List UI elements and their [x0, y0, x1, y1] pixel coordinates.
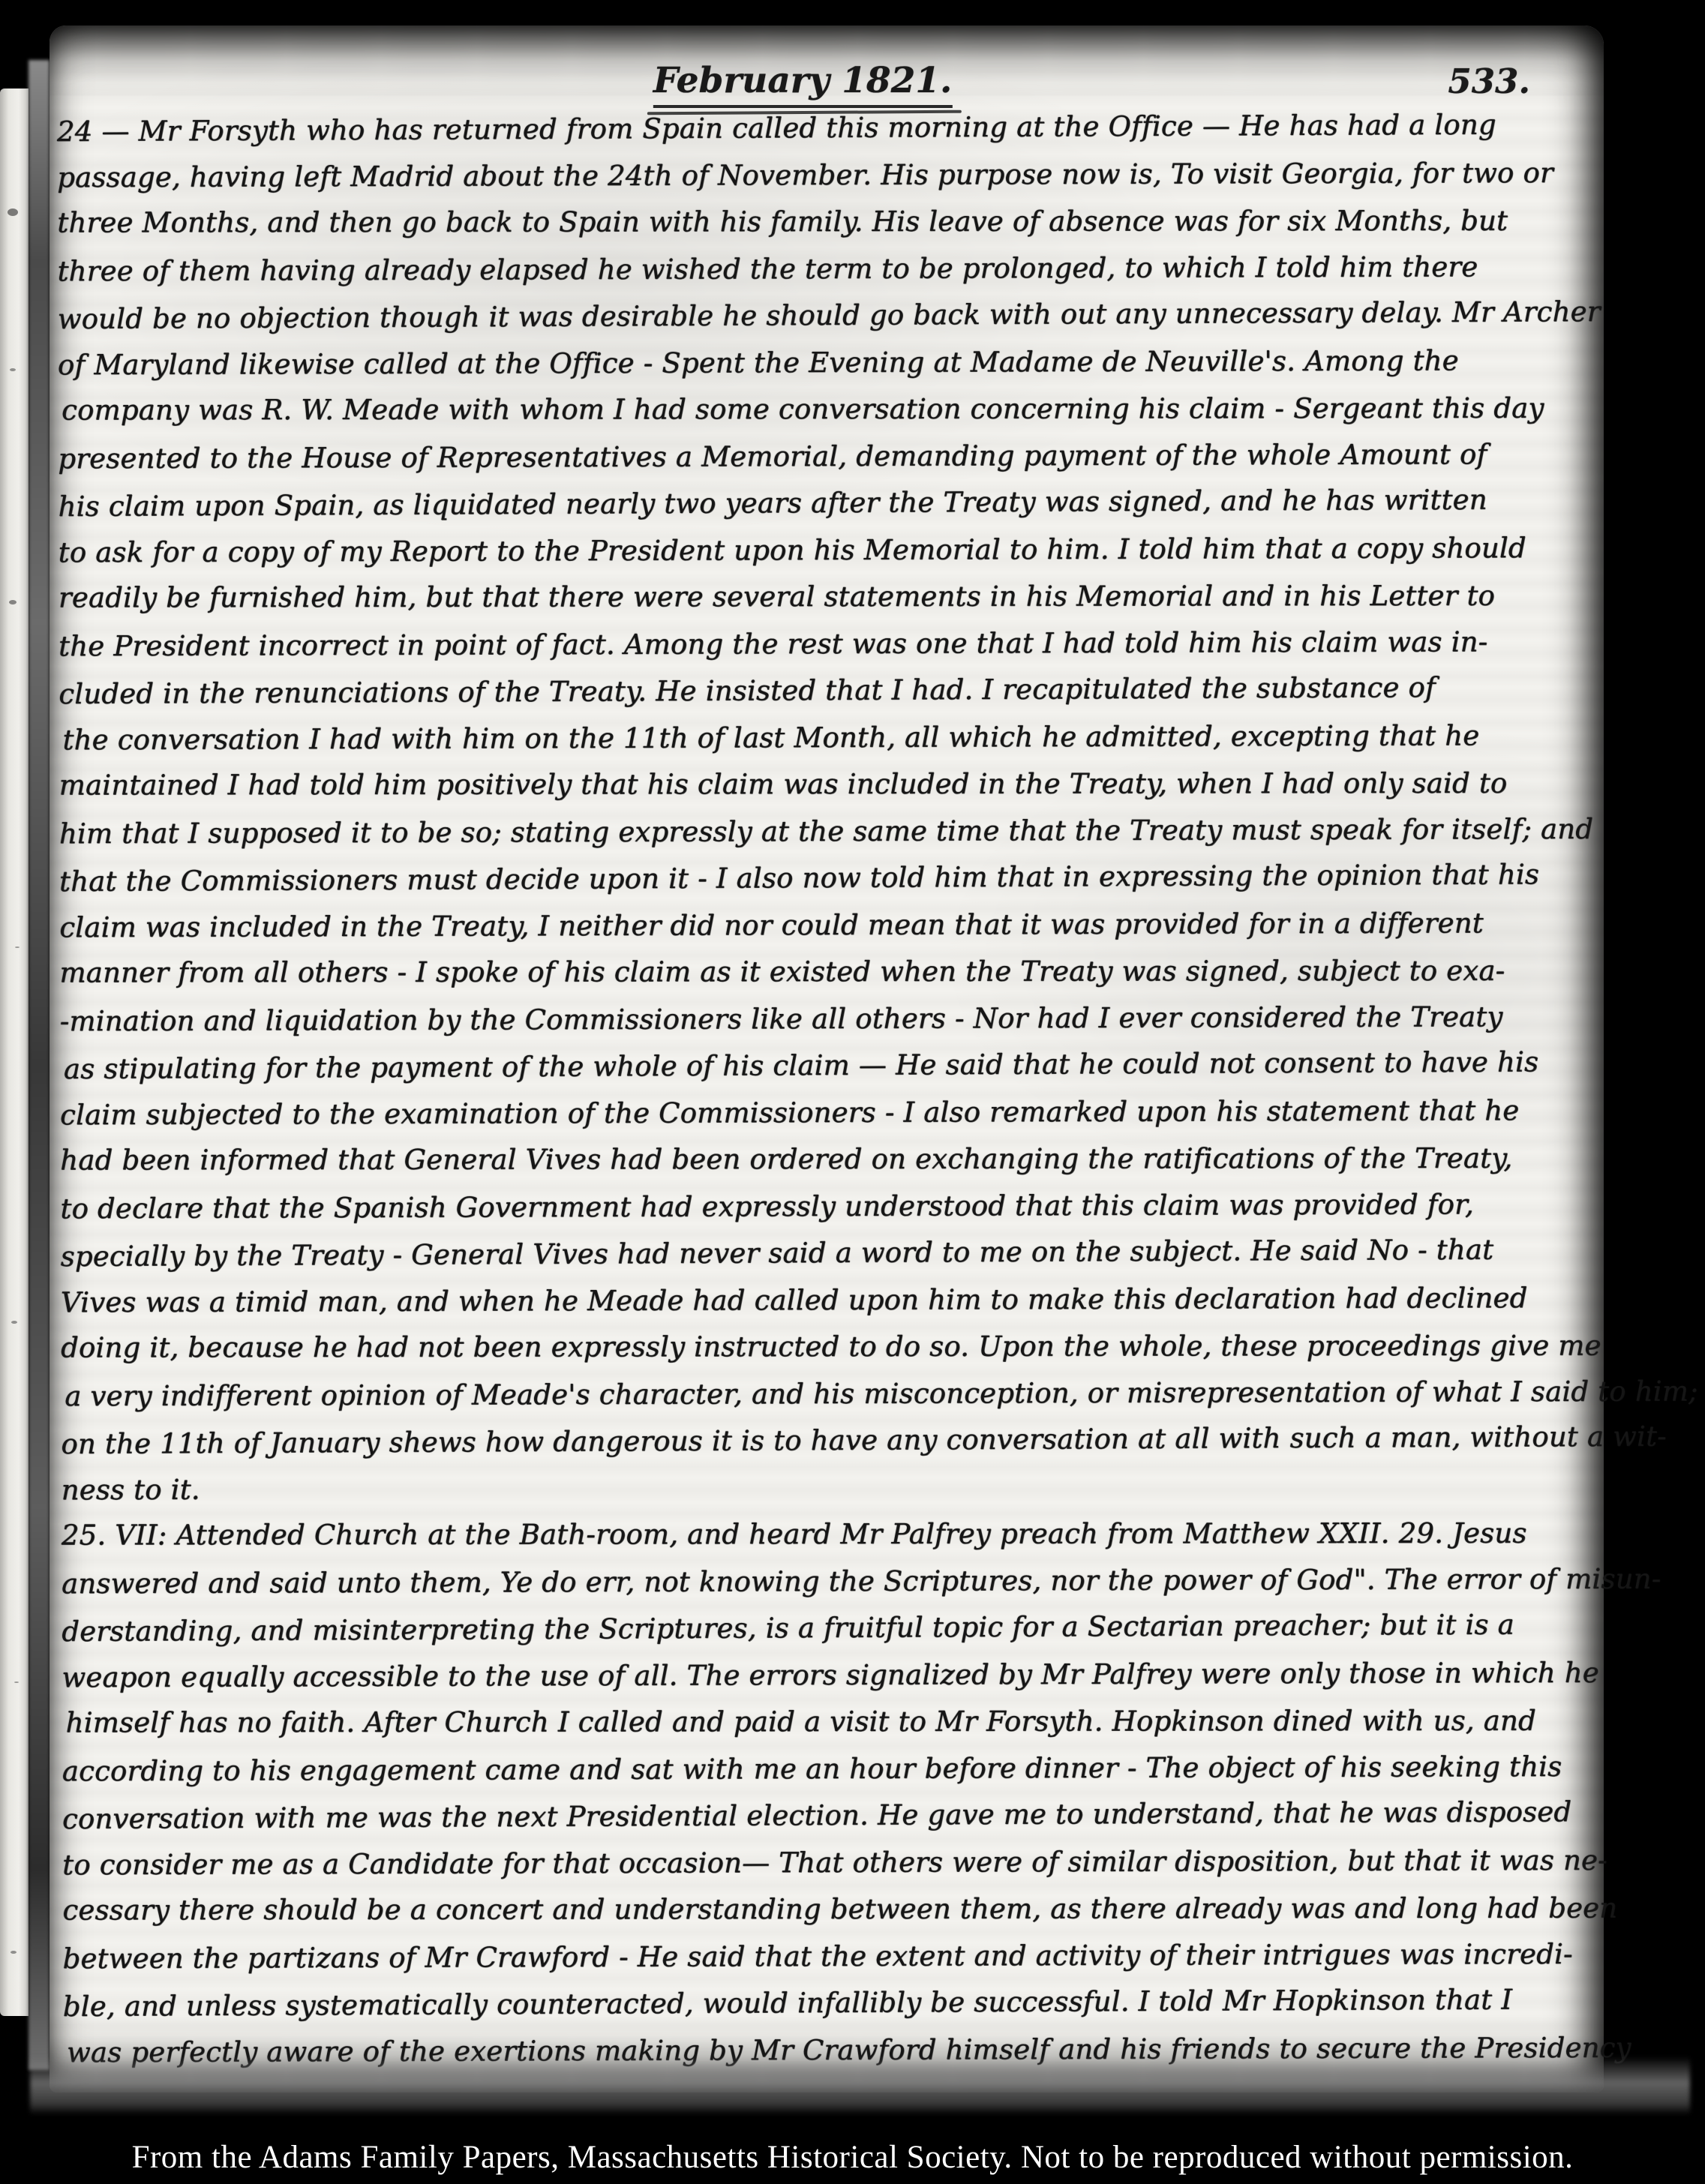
manuscript-line: himself has no faith. After Church I cal… [66, 1698, 1586, 1747]
manuscript-line: the conversation I had with him on the 1… [62, 712, 1583, 763]
manuscript-line: had been informed that General Vives had… [60, 1135, 1584, 1184]
manuscript-line: the President incorrect in point of fact… [59, 618, 1583, 670]
manuscript-line: Vives was a timid man, and when he Meade… [61, 1274, 1585, 1326]
manuscript-line: him that I supposed it to be so; stating… [59, 805, 1583, 857]
manuscript-line: on the 11th of January shews how dangero… [61, 1414, 1585, 1468]
manuscript-line: to declare that the Spanish Government h… [60, 1180, 1584, 1232]
manuscript-line: presented to the House of Representative… [58, 430, 1582, 482]
manuscript-line: that the Commissioners must decide upon … [59, 851, 1583, 905]
manuscript-line: -mination and liquidation by the Commiss… [60, 993, 1584, 1045]
manuscript-line: 24 — Mr Forsyth who has returned from Sp… [57, 101, 1581, 155]
manuscript-line: derstanding, and misinterpreting the Scr… [62, 1601, 1586, 1655]
manuscript-line: cessary there should be a concert and un… [62, 1885, 1586, 1934]
date-title: February 1821. [653, 60, 953, 108]
manuscript-line: ble, and unless systematically counterac… [63, 1976, 1587, 2030]
manuscript-line: answered and said unto them, Ye do err, … [62, 1555, 1586, 1607]
manuscript-line: company was R. W. Meade with whom I had … [62, 385, 1582, 434]
manuscript-line: his claim upon Spain, as liquidated near… [58, 476, 1582, 530]
binding-gutter-shadow [29, 60, 50, 2070]
manuscript-line: to consider me as a Candidate for that o… [62, 1837, 1586, 1888]
manuscript-line: as stipulating for the payment of the wh… [64, 1039, 1584, 1093]
manuscript-line: 25. VII: Attended Church at the Bath-roo… [62, 1510, 1586, 1559]
manuscript-line: doing it, because he had not been expres… [61, 1323, 1585, 1372]
page-bottom-edge-shadow [30, 2056, 1690, 2115]
manuscript-text: 24 — Mr Forsyth who has returned from Sp… [57, 103, 1587, 2076]
page-number: 533. [1448, 61, 1530, 101]
manuscript-line: weapon equally accessible to the use of … [62, 1649, 1586, 1701]
manuscript-line: cluded in the renunciations of the Treat… [59, 664, 1583, 718]
manuscript-line: claim was included in the Treaty, I neit… [59, 899, 1583, 951]
facing-page-sliver [0, 88, 29, 2016]
manuscript-line: would be no objection though it was desi… [58, 289, 1582, 343]
manuscript-line: manner from all others - I spoke of his … [59, 948, 1583, 997]
manuscript-line: three of them having already elapsed he … [57, 243, 1581, 295]
manuscript-line: conversation with me was the next Presid… [62, 1789, 1586, 1843]
manuscript-line: three Months, and then go back to Spain … [57, 198, 1581, 247]
scan-root: February 1821. 533. 24 — Mr Forsyth who … [0, 0, 1705, 2184]
manuscript-line: readily be furnished him, but that there… [59, 573, 1583, 622]
manuscript-line: specially by the Treaty - General Vives … [61, 1226, 1585, 1280]
manuscript-line: to ask for a copy of my Report to the Pr… [59, 524, 1583, 576]
manuscript-line: claim subjected to the examination of th… [60, 1087, 1584, 1138]
manuscript-line: between the partizans of Mr Crawford - H… [63, 1930, 1587, 1982]
manuscript-line: a very indifferent opinion of Meade's ch… [65, 1368, 1585, 1420]
manuscript-line: of Maryland likewise called at the Offic… [58, 337, 1582, 388]
manuscript-line: ness to it. [62, 1462, 1586, 1513]
manuscript-line: passage, having left Madrid about the 24… [57, 149, 1581, 201]
manuscript-line: maintained I had told him positively tha… [59, 760, 1583, 809]
footer-credit: From the Adams Family Papers, Massachuse… [0, 2139, 1705, 2176]
manuscript-line: according to his engagement came and sat… [62, 1743, 1586, 1795]
manuscript-page: February 1821. 533. 24 — Mr Forsyth who … [50, 25, 1604, 2092]
